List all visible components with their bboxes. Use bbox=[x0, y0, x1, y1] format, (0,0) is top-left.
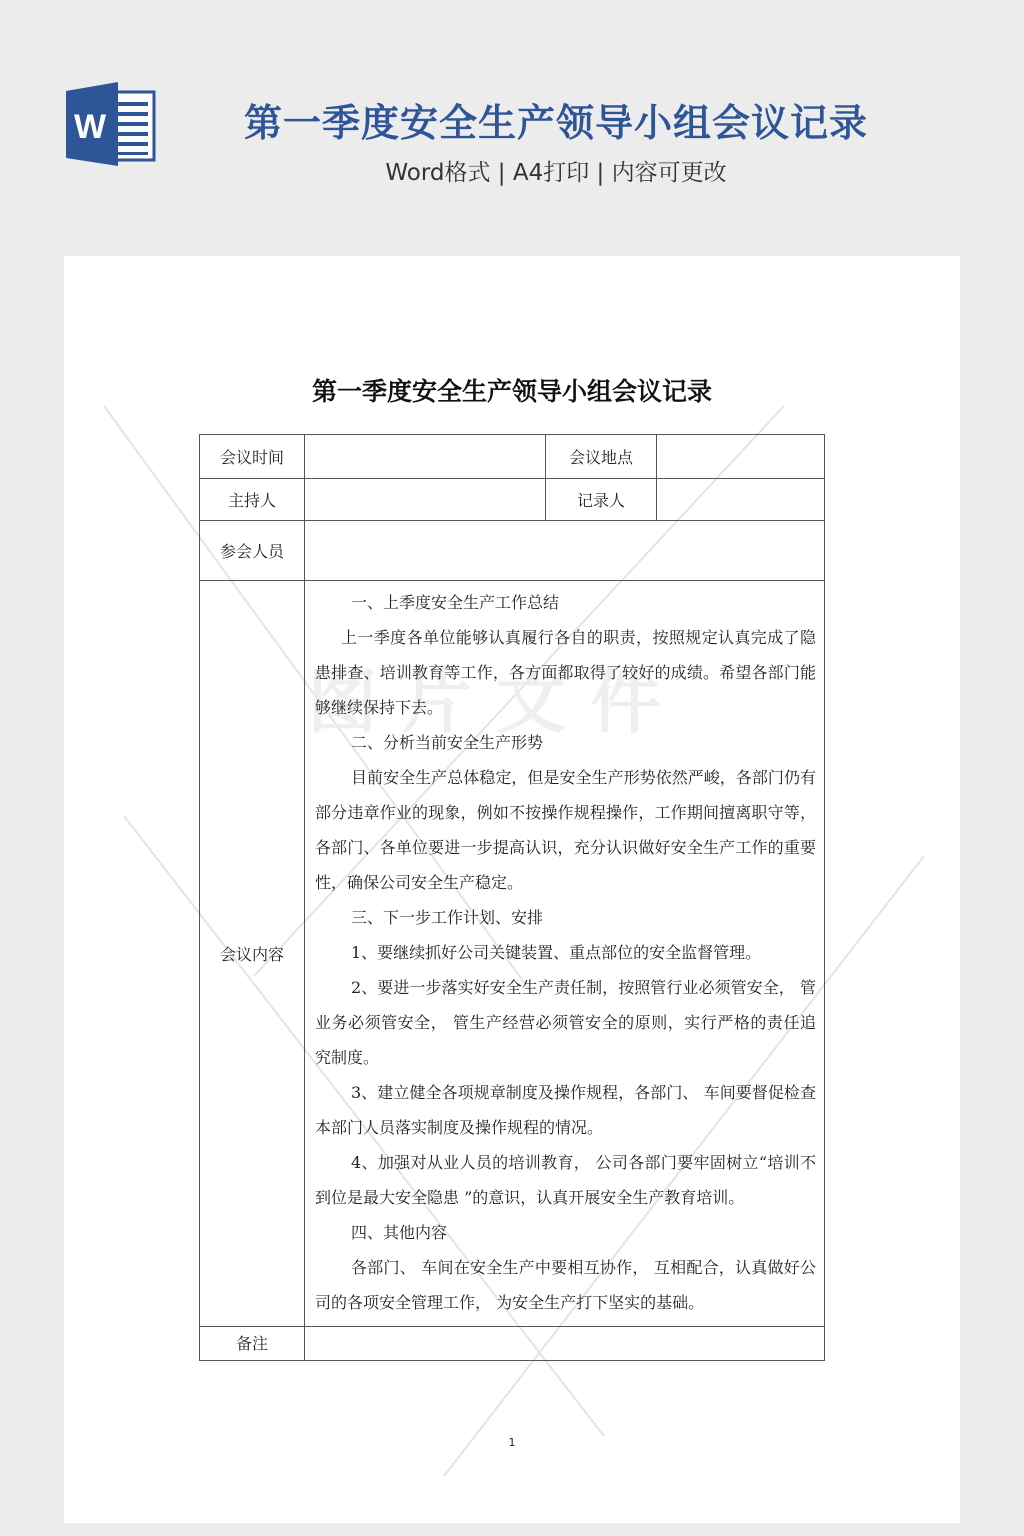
page-number: 1 bbox=[64, 1436, 960, 1449]
recorder-field[interactable] bbox=[657, 479, 825, 521]
content-paragraph: 各部门、 车间在安全生产中要相互协作， 互相配合，认真做好公司的各项安全管理工作… bbox=[315, 1250, 816, 1320]
content-paragraph: 1、要继续抓好公司关键装置、重点部位的安全监督管理。 bbox=[315, 935, 816, 970]
content-paragraph: 4、加强对从业人员的培训教育， 公司各部门要牢固树立“培训不到位是最大安全隐患 … bbox=[315, 1145, 816, 1215]
meeting-place-field[interactable] bbox=[657, 435, 825, 479]
section-heading-3: 三、下一步工作计划、安排 bbox=[315, 900, 816, 935]
content-label: 会议内容 bbox=[200, 581, 305, 1327]
meeting-place-label: 会议地点 bbox=[546, 435, 657, 479]
table-row-content: 会议内容 一、上季度安全生产工作总结 上一季度各单位能够认真履行各自的职责，按照… bbox=[200, 581, 825, 1327]
word-document-icon: W bbox=[64, 82, 158, 166]
page-header: W 第一季度安全生产领导小组会议记录 Word格式 | A4打印 | 内容可更改 bbox=[0, 0, 1024, 256]
section-heading-4: 四、其他内容 bbox=[315, 1215, 816, 1250]
page-title: 第一季度安全生产领导小组会议记录 bbox=[220, 92, 892, 147]
section-heading-1: 一、上季度安全生产工作总结 bbox=[315, 585, 816, 620]
content-paragraph: 上一季度各单位能够认真履行各自的职责，按照规定认真完成了隐患排查、培训教育等工作… bbox=[315, 620, 816, 725]
remarks-field[interactable] bbox=[305, 1327, 825, 1361]
document-page: 图 片 文 件 第一季度安全生产领导小组会议记录 会议时间 会议地点 主持人 记… bbox=[64, 256, 960, 1523]
meeting-time-field[interactable] bbox=[305, 435, 546, 479]
section-heading-2: 二、分析当前安全生产形势 bbox=[315, 725, 816, 760]
table-row-remarks: 备注 bbox=[200, 1327, 825, 1361]
host-label: 主持人 bbox=[200, 479, 305, 521]
attendees-label: 参会人员 bbox=[200, 521, 305, 581]
content-paragraph: 目前安全生产总体稳定，但是安全生产形势依然严峻，各部门仍有部分违章作业的现象，例… bbox=[315, 760, 816, 900]
table-row-attendees: 参会人员 bbox=[200, 521, 825, 581]
attendees-field[interactable] bbox=[305, 521, 825, 581]
meeting-time-label: 会议时间 bbox=[200, 435, 305, 479]
content-paragraph: 2、要进一步落实好安全生产责任制，按照管行业必须管安全， 管业务必须管安全， 管… bbox=[315, 970, 816, 1075]
recorder-label: 记录人 bbox=[546, 479, 657, 521]
content-paragraph: 3、建立健全各项规章制度及操作规程，各部门、 车间要督促检查本部门人员落实制度及… bbox=[315, 1075, 816, 1145]
meeting-record-table: 会议时间 会议地点 主持人 记录人 参会人员 会议内容 一、上季度安全生产工作总… bbox=[199, 434, 825, 1361]
document-title: 第一季度安全生产领导小组会议记录 bbox=[64, 372, 960, 408]
table-row-host-recorder: 主持人 记录人 bbox=[200, 479, 825, 521]
host-field[interactable] bbox=[305, 479, 546, 521]
table-row-time-place: 会议时间 会议地点 bbox=[200, 435, 825, 479]
remarks-label: 备注 bbox=[200, 1327, 305, 1361]
svg-text:W: W bbox=[74, 108, 107, 146]
page-subtitle: Word格式 | A4打印 | 内容可更改 bbox=[220, 154, 892, 187]
meeting-content-field[interactable]: 一、上季度安全生产工作总结 上一季度各单位能够认真履行各自的职责，按照规定认真完… bbox=[305, 581, 825, 1327]
